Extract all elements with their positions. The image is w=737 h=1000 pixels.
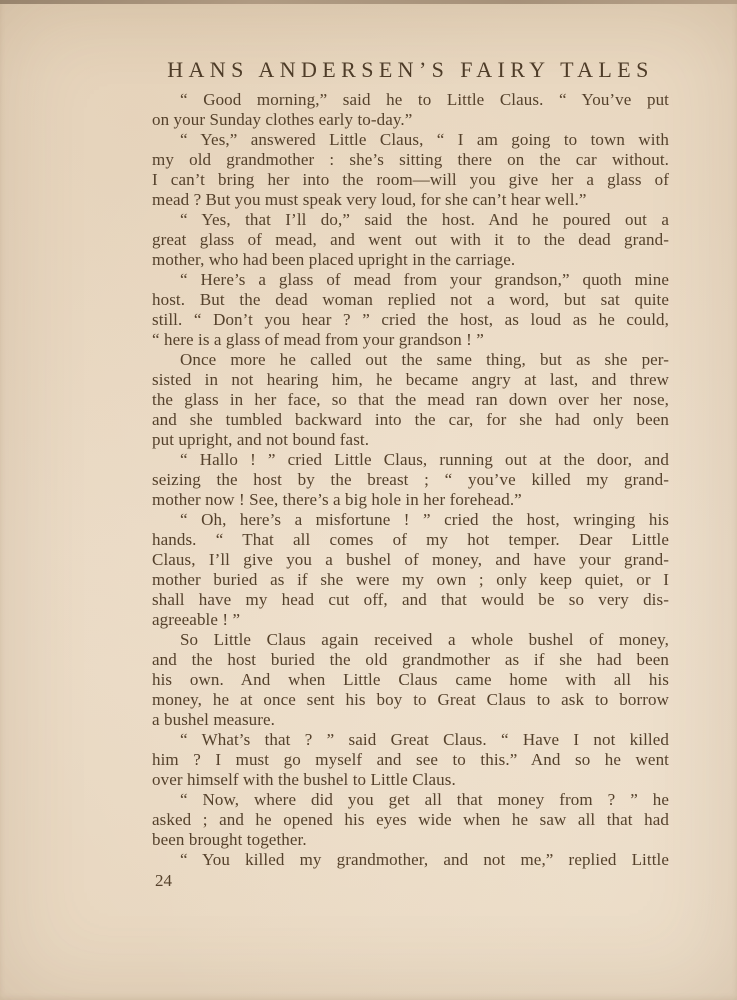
text-line: “ You killed my grandmother, and not me,… xyxy=(152,850,669,870)
paragraph: “ Yes, that I’ll do,” said the host. And… xyxy=(152,210,669,270)
page-content: HANS ANDERSEN’S FAIRY TALES “ Good morni… xyxy=(152,57,669,891)
paragraph: “ Hallo ! ” cried Little Claus, running … xyxy=(152,450,669,510)
text-line: Once more he called out the same thing, … xyxy=(152,350,669,370)
text-line: shall have my head cut off, and that wou… xyxy=(152,590,669,610)
paragraph: “ Here’s a glass of mead from your grand… xyxy=(152,270,669,350)
text-line: “ Here’s a glass of mead from your grand… xyxy=(152,270,669,290)
text-line: agreeable ! ” xyxy=(152,610,669,630)
page-top-edge xyxy=(0,0,737,4)
text-line: “ Oh, here’s a misfortune ! ” cried the … xyxy=(152,510,669,530)
text-line: host. But the dead woman replied not a w… xyxy=(152,290,669,310)
text-line: “ Good morning,” said he to Little Claus… xyxy=(152,90,669,110)
paragraph: “ Yes,” answered Little Claus, “ I am go… xyxy=(152,130,669,210)
text-line: still. “ Don’t you hear ? ” cried the ho… xyxy=(152,310,669,330)
paragraph: “ Oh, here’s a misfortune ! ” cried the … xyxy=(152,510,669,630)
text-line: “ Hallo ! ” cried Little Claus, running … xyxy=(152,450,669,470)
text-line: the glass in her face, so that the mead … xyxy=(152,390,669,410)
text-line: on your Sunday clothes early to-day.” xyxy=(152,110,669,130)
text-line: and the host buried the old grandmother … xyxy=(152,650,669,670)
text-line: mead ? But you must speak very loud, for… xyxy=(152,190,669,210)
paragraph: “ Good morning,” said he to Little Claus… xyxy=(152,90,669,130)
text-line: his own. And when Little Claus came home… xyxy=(152,670,669,690)
text-line: “ Yes,” answered Little Claus, “ I am go… xyxy=(152,130,669,150)
text-line: mother, who had been placed upright in t… xyxy=(152,250,669,270)
paragraph: “ What’s that ? ” said Great Claus. “ Ha… xyxy=(152,730,669,790)
page-number: 24 xyxy=(152,871,669,891)
paragraph: “ You killed my grandmother, and not me,… xyxy=(152,850,669,870)
text-line: great glass of mead, and went out with i… xyxy=(152,230,669,250)
text-line: a bushel measure. xyxy=(152,710,669,730)
text-line: mother buried as if she were my own ; on… xyxy=(152,570,669,590)
running-head: HANS ANDERSEN’S FAIRY TALES xyxy=(152,57,669,83)
book-page: HANS ANDERSEN’S FAIRY TALES “ Good morni… xyxy=(0,0,737,1000)
paragraph: Once more he called out the same thing, … xyxy=(152,350,669,450)
text-line: asked ; and he opened his eyes wide when… xyxy=(152,810,669,830)
text-line: and she tumbled backward into the car, f… xyxy=(152,410,669,430)
text-line: put upright, and not bound fast. xyxy=(152,430,669,450)
text-line: been brought together. xyxy=(152,830,669,850)
text-line: “ Now, where did you get all that money … xyxy=(152,790,669,810)
text-line: over himself with the bushel to Little C… xyxy=(152,770,669,790)
text-line: So Little Claus again received a whole b… xyxy=(152,630,669,650)
text-line: him ? I must go myself and see to this.”… xyxy=(152,750,669,770)
text-line: “ What’s that ? ” said Great Claus. “ Ha… xyxy=(152,730,669,750)
text-line: “ here is a glass of mead from your gran… xyxy=(152,330,669,350)
text-line: mother now ! See, there’s a big hole in … xyxy=(152,490,669,510)
text-line: “ Yes, that I’ll do,” said the host. And… xyxy=(152,210,669,230)
text-line: money, he at once sent his boy to Great … xyxy=(152,690,669,710)
text-line: my old grandmother : she’s sitting there… xyxy=(152,150,669,170)
text-line: hands. “ That all comes of my hot temper… xyxy=(152,530,669,550)
text-block: “ Good morning,” said he to Little Claus… xyxy=(152,90,669,870)
paragraph: “ Now, where did you get all that money … xyxy=(152,790,669,850)
text-line: sisted in not hearing him, he became ang… xyxy=(152,370,669,390)
text-line: Claus, I’ll give you a bushel of money, … xyxy=(152,550,669,570)
text-line: I can’t bring her into the room—will you… xyxy=(152,170,669,190)
text-line: seizing the host by the breast ; “ you’v… xyxy=(152,470,669,490)
paragraph: So Little Claus again received a whole b… xyxy=(152,630,669,730)
